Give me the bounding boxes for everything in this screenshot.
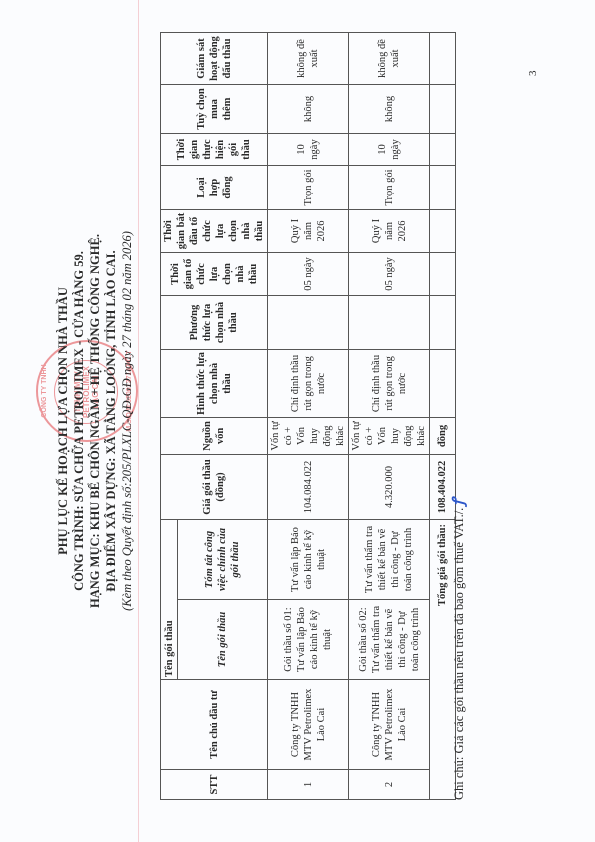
cell-package-name: Gói thầu số 01: Tư vấn lập Báo cáo kinh …	[268, 600, 349, 680]
location-line: ĐỊA ĐIỂM XÂY DỰNG: XÃ TẰNG LOỎNG, TỈNH L…	[104, 0, 119, 842]
col-form: Hình thức lựa chọn nhà thầu	[161, 350, 268, 418]
cell-stt: 1	[268, 770, 349, 800]
scan-artifact-line	[138, 0, 139, 842]
empty-cell	[430, 350, 456, 418]
cell-method	[349, 296, 430, 350]
col-price: Giá gói thầu (đồng)	[161, 455, 268, 520]
table-row: 1 Công ty TNHH MTV Petrolimex Lào Cai Gó…	[268, 33, 349, 800]
stamp-ring-top: CÔNG TY TNHH	[41, 342, 48, 440]
doc-title: PHỤ LỤC KẾ HOẠCH LỰA CHỌN NHÀ THẦU	[56, 0, 71, 842]
item-line: HẠNG MỤC: KHU BỂ CHÔN NGẦM + HỆ THỐNG CÔ…	[88, 0, 103, 842]
cell-investor: Công ty TNHH MTV Petrolimex Lào Cai	[349, 680, 430, 770]
cell-investor: Công ty TNHH MTV Petrolimex Lào Cai	[268, 680, 349, 770]
cell-method	[268, 296, 349, 350]
col-exec-time: Thời gian thực hiện gói thầu	[161, 134, 268, 166]
cell-exec-time: 10 ngày	[349, 134, 430, 166]
cell-supervision: không đề xuất	[349, 33, 430, 85]
empty-cell	[430, 166, 456, 210]
cell-summary: Tư vấn lập Báo cáo kinh tế kỹ thuật	[268, 520, 349, 600]
col-fund: Nguồn vốn	[161, 418, 268, 455]
cell-org-time: 05 ngày	[268, 253, 349, 296]
col-stt: STT	[161, 770, 268, 800]
cell-price: 104.084.022	[268, 455, 349, 520]
empty-cell	[430, 33, 456, 85]
col-org-time: Thời gian tổ chức lựa chọn nhà thầu	[161, 253, 268, 296]
total-unit: đồng	[430, 418, 456, 455]
bidding-plan-table: STT Tên chủ đầu tư Tên gói thầu Giá gói …	[160, 32, 456, 800]
document-page: CÔNG TY TNHH TNHH MTV PETROLIMEX LÀO CAI…	[0, 0, 595, 842]
col-option: Tuỳ chọn mua thêm	[161, 85, 268, 134]
cell-start-time: Quý I năm 2026	[349, 210, 430, 253]
cell-start-time: Quý I năm 2026	[268, 210, 349, 253]
cell-option: không	[349, 85, 430, 134]
signature-mark: ꝭ	[448, 499, 468, 506]
col-summary: Tóm tắt công việc chính của gói thầu	[178, 520, 268, 600]
empty-cell	[430, 210, 456, 253]
cell-supervision: không đề xuất	[268, 33, 349, 85]
cell-contract-type: Trọn gói	[349, 166, 430, 210]
footnote-text: Ghi chú: Giá các gói thầu nêu trên đã ba…	[452, 508, 466, 800]
footnote: Ghi chú: Giá các gói thầu nêu trên đã ba…	[448, 499, 468, 800]
decision-reference: (Kèm theo Quyết định số:205/PLXLC-QĐ-GĐ …	[120, 0, 135, 842]
col-contract-type: Loại hợp đồng	[161, 166, 268, 210]
cell-package-name: Gói thầu số 02: Tư vấn thẩm tra thiết kế…	[349, 600, 430, 680]
page-number: 3	[527, 71, 539, 77]
table-row: 2 Công ty TNHH MTV Petrolimex Lào Cai Gó…	[349, 33, 430, 800]
cell-fund: Vốn tự có + Vốn huy động khác	[349, 418, 430, 455]
project-line: CÔNG TRÌNH: SỬA CHỮA PETROLIMEX - CỬA HÀ…	[72, 0, 87, 842]
empty-cell	[430, 85, 456, 134]
empty-cell	[430, 253, 456, 296]
col-group-package: Tên gói thầu	[161, 520, 178, 680]
empty-cell	[430, 134, 456, 166]
cell-stt: 2	[349, 770, 430, 800]
cell-contract-type: Trọn gói	[268, 166, 349, 210]
cell-price: 4.320.000	[349, 455, 430, 520]
cell-summary: Tư vấn thẩm tra thiết kế bản vẽ thi công…	[349, 520, 430, 600]
cell-exec-time: 10 ngày	[268, 134, 349, 166]
cell-form: Chỉ định thầu rút gọn trong nước	[268, 350, 349, 418]
cell-form: Chỉ định thầu rút gọn trong nước	[349, 350, 430, 418]
col-investor: Tên chủ đầu tư	[161, 680, 268, 770]
col-package-name: Tên gói thầu	[178, 600, 268, 680]
col-method: Phương thức lựa chọn nhà thầu	[161, 296, 268, 350]
cell-org-time: 05 ngày	[349, 253, 430, 296]
cell-option: không	[268, 85, 349, 134]
cell-fund: Vốn tự có + Vốn huy động khác	[268, 418, 349, 455]
col-supervision: Giám sát hoạt động đấu thầu	[161, 33, 268, 85]
header-row: STT Tên chủ đầu tư Tên gói thầu Giá gói …	[161, 33, 178, 800]
empty-cell	[430, 296, 456, 350]
col-start-time: Thời gian bắt đầu tổ chức lựa chọn nhà t…	[161, 210, 268, 253]
